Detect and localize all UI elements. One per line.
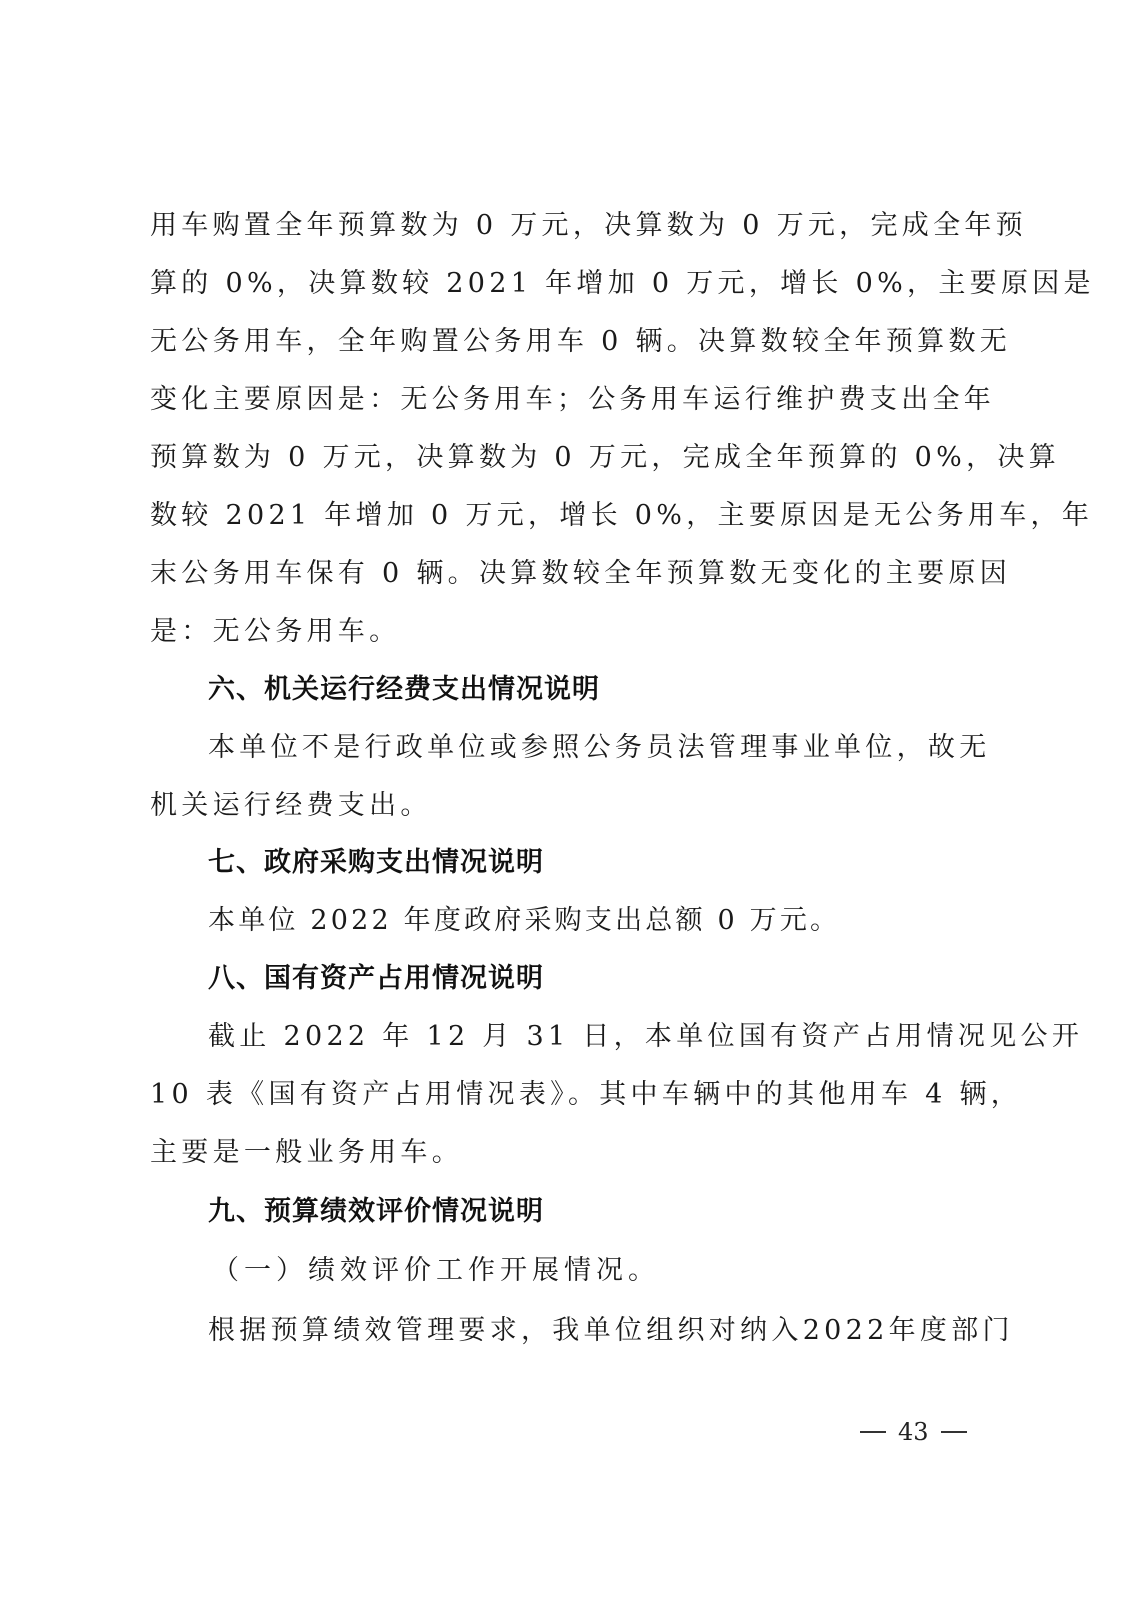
paragraph-line: 无公务用车，全年购置公务用车 0 辆。决算数较全年预算数无 (150, 322, 960, 362)
paragraph-line: 机关运行经费支出。 (150, 786, 960, 826)
dash-right (941, 1431, 967, 1433)
paragraph-line: 算的 0%，决算数较 2021 年增加 0 万元，增长 0%，主要原因是 (150, 264, 960, 304)
paragraph-line: 10 表《国有资产占用情况表》。其中车辆中的其他用车 4 辆， (150, 1075, 960, 1115)
paragraph-line: 本单位不是行政单位或参照公务员法管理事业单位，故无 (208, 728, 960, 768)
paragraph-line: 根据预算绩效管理要求，我单位组织对纳入2022年度部门 (208, 1311, 960, 1351)
section-heading-8: 八、国有资产占用情况说明 (208, 959, 544, 999)
page-number: 43 (860, 1414, 967, 1450)
paragraph-line: 本单位 2022 年度政府采购支出总额 0 万元。 (208, 901, 960, 941)
paragraph-line: 主要是一般业务用车。 (150, 1133, 960, 1173)
paragraph-line: 数较 2021 年增加 0 万元，增长 0%，主要原因是无公务用车，年 (150, 496, 960, 536)
paragraph-line: 用车购置全年预算数为 0 万元，决算数为 0 万元，完成全年预 (150, 206, 960, 246)
dash-left (860, 1431, 886, 1433)
section-heading-6: 六、机关运行经费支出情况说明 (208, 670, 600, 710)
paragraph-line: 预算数为 0 万元，决算数为 0 万元，完成全年预算的 0%，决算 (150, 438, 960, 478)
document-page: 用车购置全年预算数为 0 万元，决算数为 0 万元，完成全年预 算的 0%，决算… (0, 0, 1132, 1600)
paragraph-line: 截止 2022 年 12 月 31 日，本单位国有资产占用情况见公开 (208, 1017, 960, 1057)
page-number-value: 43 (898, 1414, 929, 1450)
paragraph-line: 变化主要原因是：无公务用车；公务用车运行维护费支出全年 (150, 380, 960, 420)
section-heading-9: 九、预算绩效评价情况说明 (208, 1192, 544, 1232)
section-heading-7: 七、政府采购支出情况说明 (208, 843, 544, 883)
paragraph-line: 是：无公务用车。 (150, 612, 960, 652)
subsection-heading: （一）绩效评价工作开展情况。 (212, 1251, 660, 1291)
paragraph-line: 末公务用车保有 0 辆。决算数较全年预算数无变化的主要原因 (150, 554, 960, 594)
